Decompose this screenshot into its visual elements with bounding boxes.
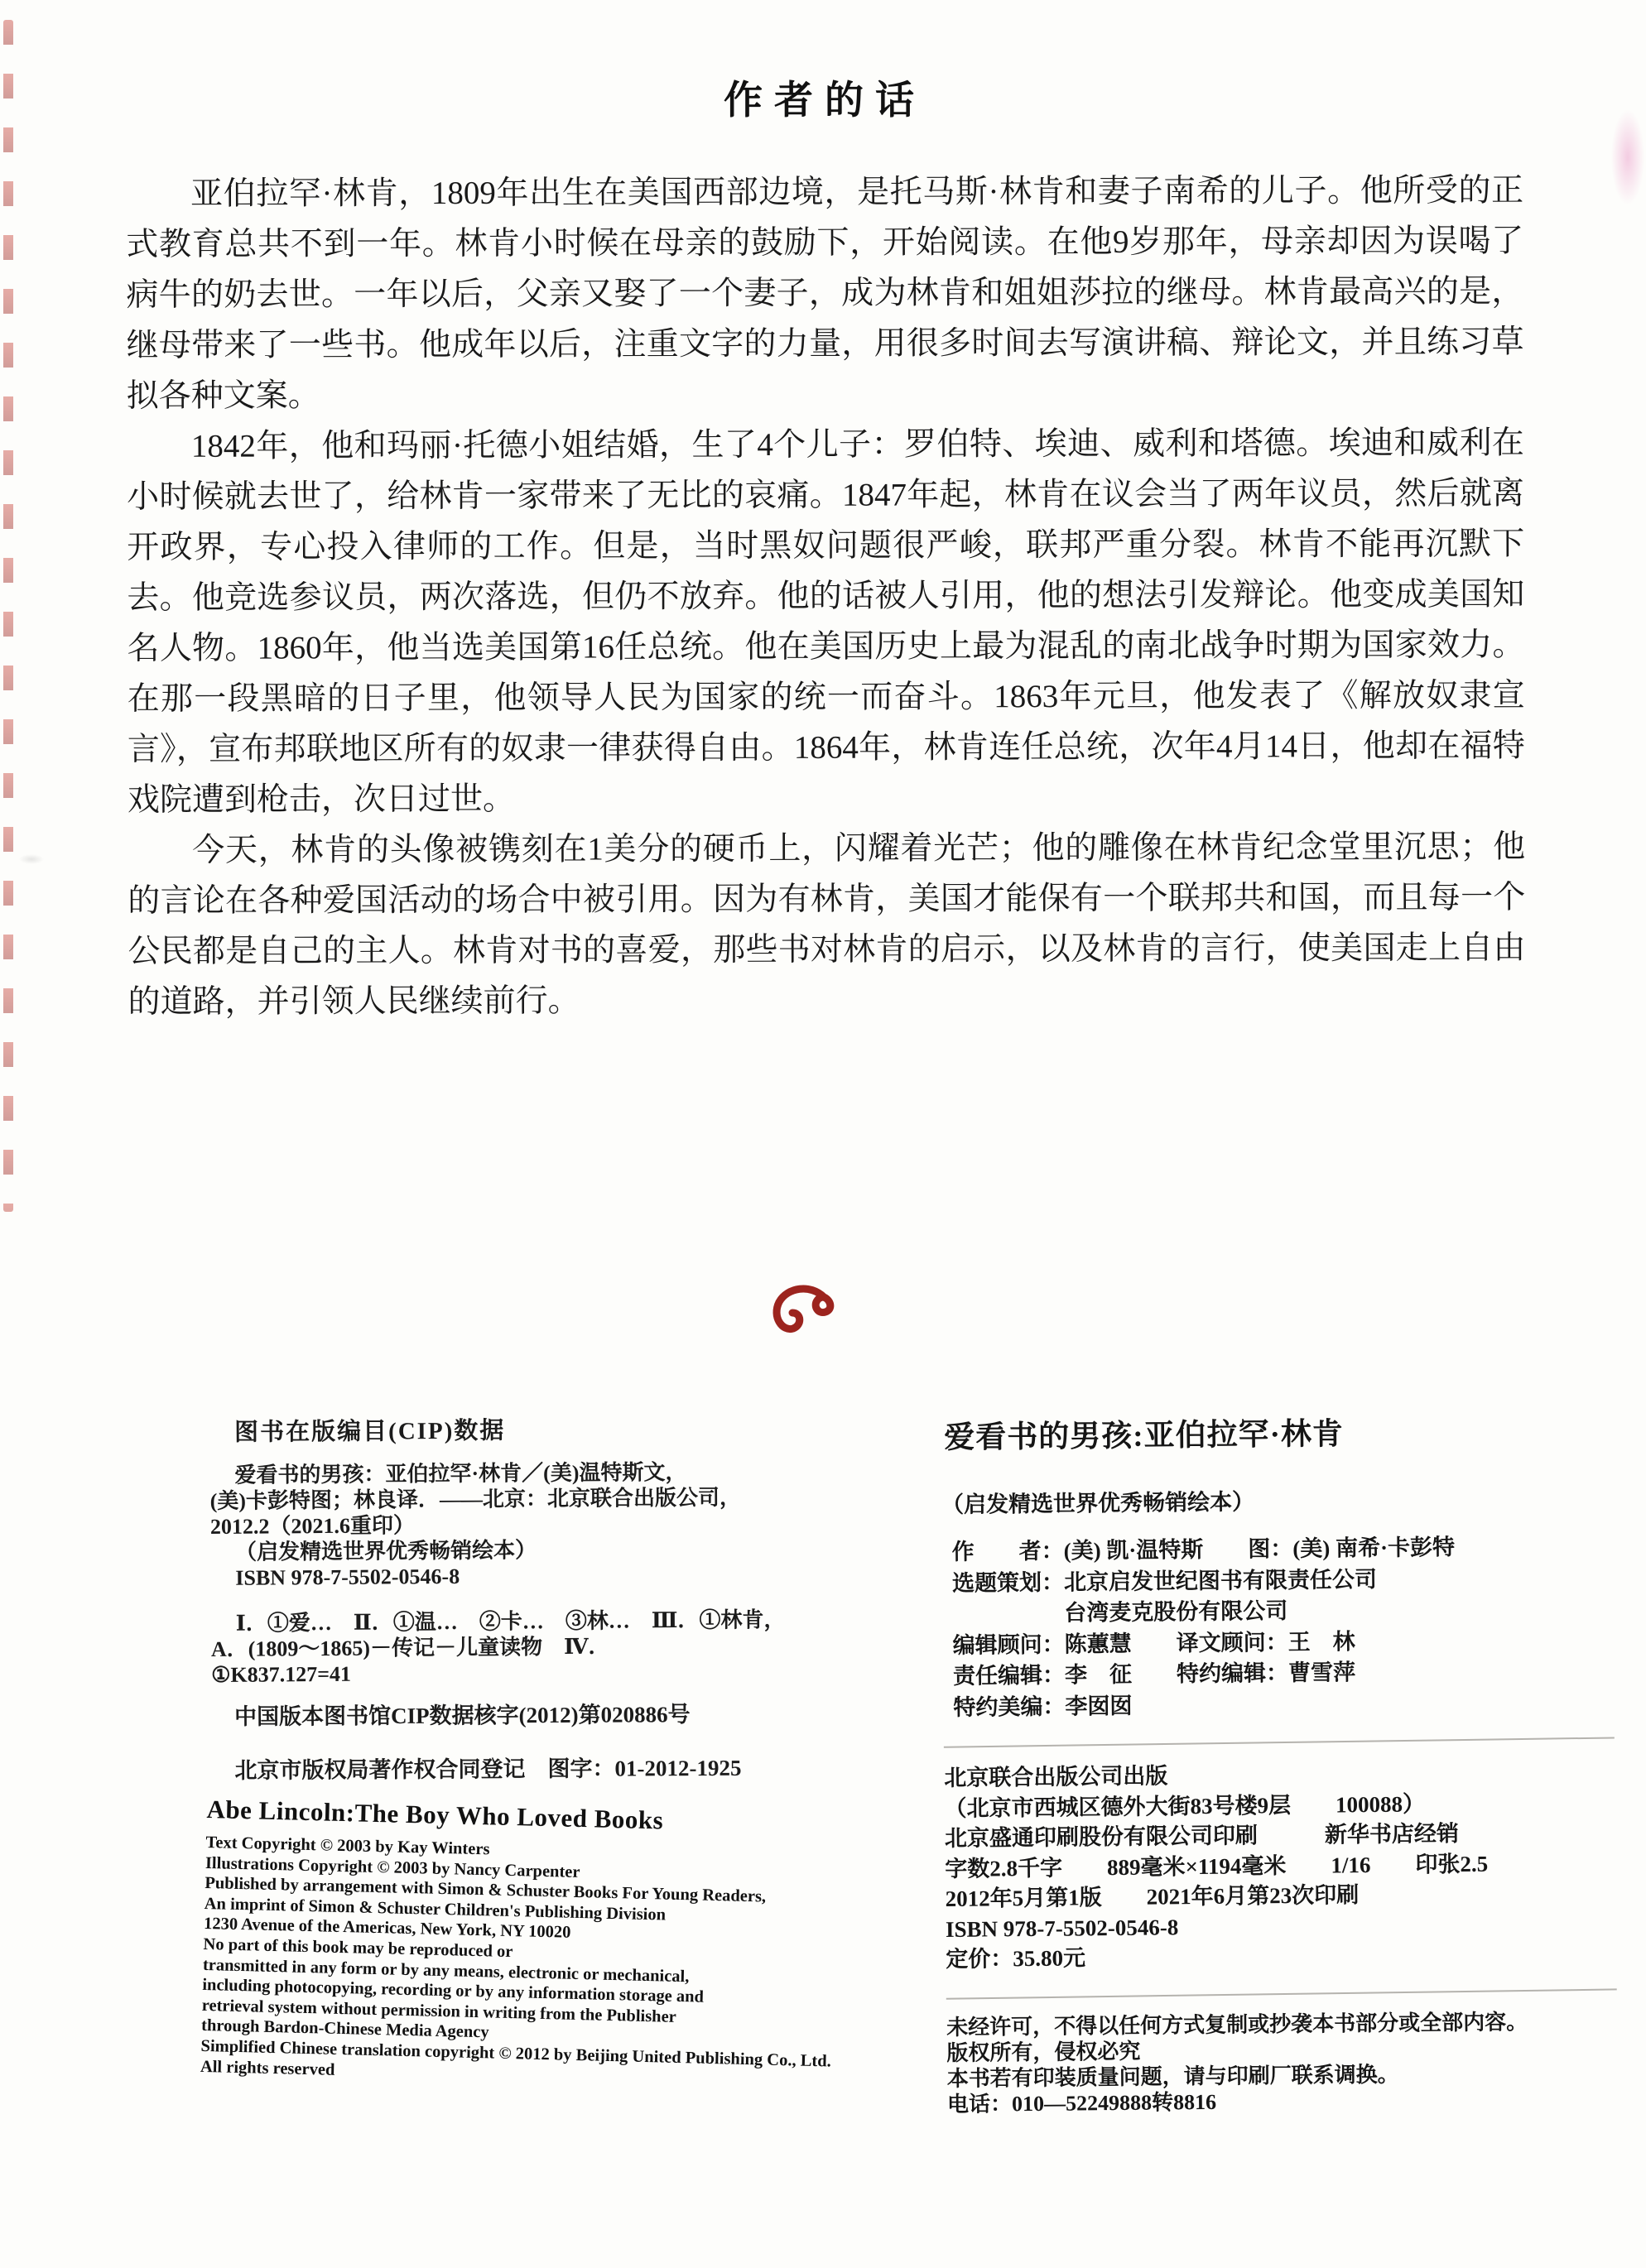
series-name: （启发精选世界优秀畅销绘本）: [941, 1480, 1629, 1519]
cip-registry-number: 中国版本图书馆CIP数据核字(2012)第020886号: [234, 1694, 979, 1731]
divider-line: [946, 1988, 1617, 1999]
english-copyright-block: Abe Lincoln:The Boy Who Loved Books Text…: [200, 1795, 1018, 2097]
credits-list: 作 者：(美) 凯·温特斯 图：(美) 南希·卡彭特 选题策划：北京启发世纪图书…: [941, 1530, 1630, 1723]
cip-line: ①K837.127=41: [211, 1657, 956, 1688]
essay-paragraph: 亚伯拉罕·林肯，1809年出生在美国西部边境，是托马斯·林肯和妻子南希的儿子。他…: [126, 166, 1524, 421]
book-title: 爱看书的男孩:亚伯拉罕·林肯: [944, 1405, 1628, 1457]
essay-paragraph: 今天，林肯的头像被镌刻在1美分的硬币上，闪耀着光芒；他的雕像在林肯纪念堂里沉思；…: [128, 822, 1526, 1027]
colophon-block: 爱看书的男孩:亚伯拉罕·林肯 （启发精选世界优秀畅销绘本） 作 者：(美) 凯·…: [941, 1405, 1634, 2117]
scan-artifact-gray-smudge: [15, 853, 48, 866]
copyright-contract-number: 北京市版权局著作权合同登记 图字：01-2012-1925: [234, 1748, 979, 1785]
credit-line: 特约美编：李囡囡: [943, 1686, 1630, 1723]
page-title: 作者的话: [126, 70, 1523, 125]
divider-line: [944, 1737, 1615, 1747]
publication-line: 定价：35.80元: [946, 1938, 1633, 1974]
publication-info: 北京联合出版公司出版 （北京市西城区德外大街83号楼9层 100088） 北京盛…: [944, 1756, 1633, 1974]
book-copyright-page: 作者的话 亚伯拉罕·林肯，1809年出生在美国西部边境，是托马斯·林肯和妻子南希…: [0, 0, 1646, 2268]
scan-artifact-red-dashes: [3, 20, 13, 1212]
scan-artifact-pink-smudge: [1605, 91, 1646, 223]
cip-data-block: 图书在版编目(CIP)数据 爱看书的男孩：亚伯拉罕·林肯／(美)温特斯文， (美…: [209, 1415, 956, 1688]
registry-block: 中国版本图书馆CIP数据核字(2012)第020886号 北京市版权局著作权合同…: [234, 1694, 980, 1806]
cip-heading: 图书在版编目(CIP)数据: [209, 1415, 955, 1446]
essay-paragraph: 1842年，他和玛丽·托德小姐结婚，生了4个儿子：罗伯特、埃迪、威利和塔德。埃迪…: [127, 418, 1525, 825]
author-note-body: 亚伯拉罕·林肯，1809年出生在美国西部边境，是托马斯·林肯和妻子南希的儿子。他…: [126, 166, 1526, 1027]
flourish-icon: [766, 1281, 840, 1348]
cip-line: ISBN 978-7-5502-0546-8: [210, 1560, 955, 1591]
rights-notice: 未经许可，不得以任何方式复制或抄袭本书部分或全部内容。 版权所有，侵权必究 本书…: [946, 2007, 1634, 2117]
